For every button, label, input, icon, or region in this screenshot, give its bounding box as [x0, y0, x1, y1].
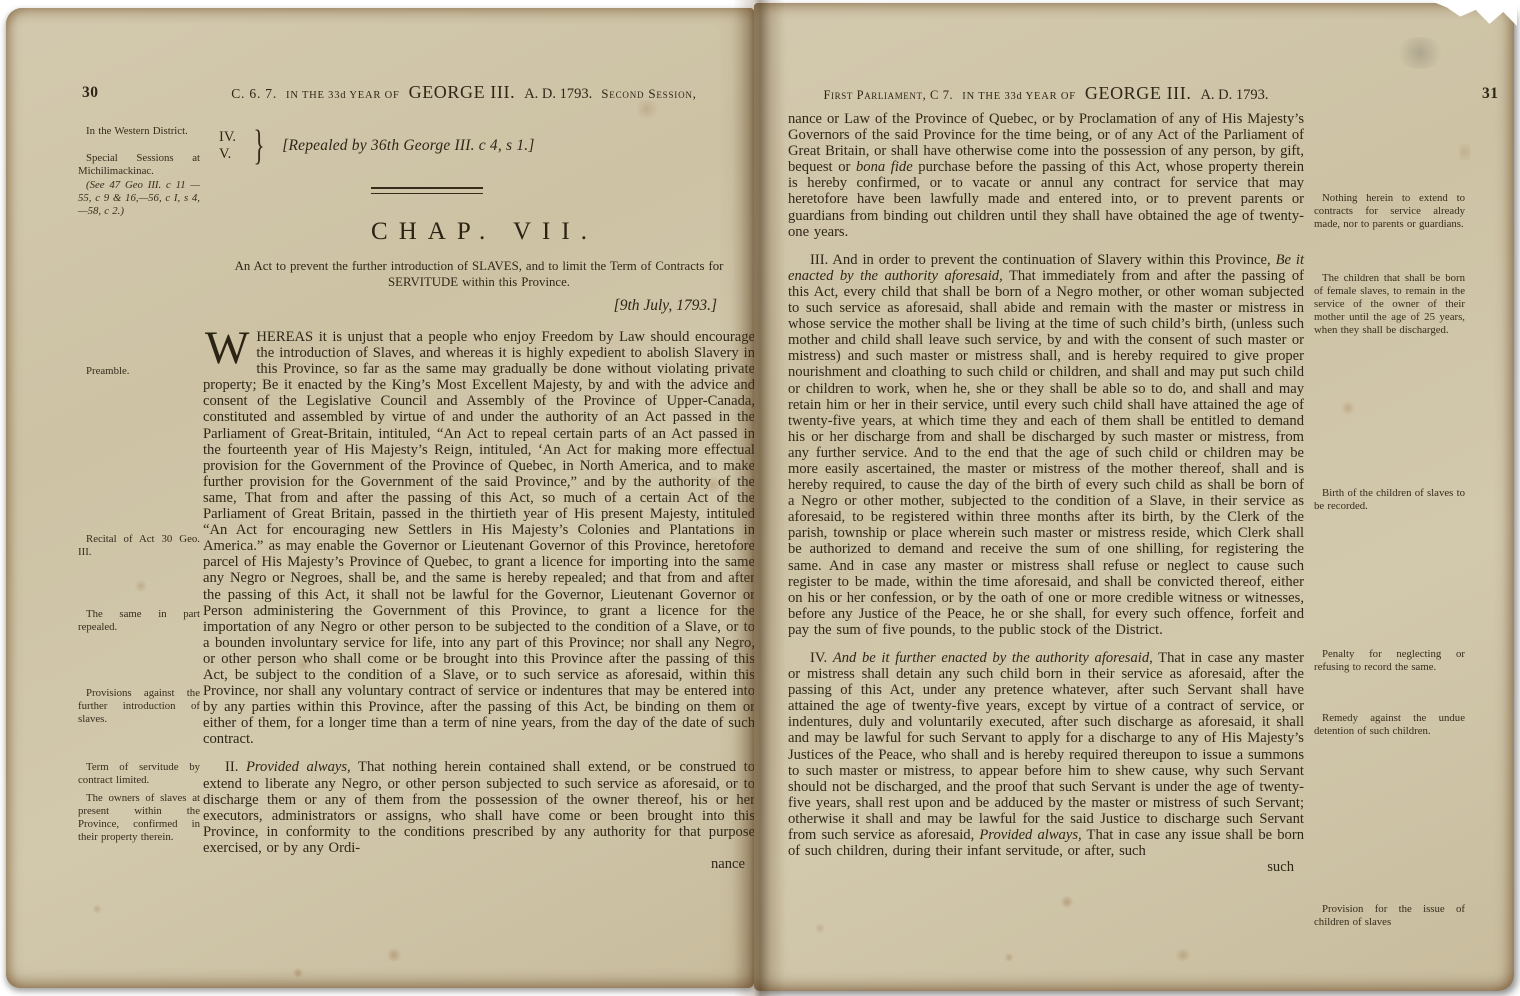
margin-note-remedy: Remedy against the undue detention of su… [1314, 712, 1465, 738]
margin-note-sessions: Special Sessions at Michilimackinac. [78, 152, 200, 178]
torn-edge [1431, 0, 1517, 26]
page-number-left: 30 [82, 84, 99, 102]
header-session: Second Session, [601, 86, 696, 102]
stain [1340, 401, 1356, 415]
chapter-heading: CHAP. VII. [203, 218, 755, 246]
smudge [1394, 37, 1446, 69]
margin-note-provisions: Provisions against the further introduct… [78, 687, 200, 726]
running-header-left: C. 6. 7. IN THE 33d YEAR OF GEORGE III. … [202, 82, 726, 103]
catchword-left: nance [203, 856, 755, 873]
stain [1004, 953, 1014, 962]
continuation-paragraph: nance or Law of the Province of Quebec, … [788, 111, 1304, 240]
header-anno: A. D. 1793. [1200, 87, 1268, 104]
margin-note-term: Term of servitude by contract limited. [78, 761, 200, 787]
header-monarch: GEORGE III. [1085, 83, 1192, 104]
stain [92, 904, 102, 914]
section-ii-paragraph: II. Provided always, That nothing herein… [203, 759, 755, 856]
margin-note-citation: (See 47 Geo III. c 11 —55, c 9 & 16,—56,… [78, 179, 200, 218]
stain [292, 968, 304, 978]
stain [1459, 139, 1471, 165]
margin-note-children-born: The children that shall be born of femal… [1314, 272, 1465, 337]
margin-note-nothing-herein: Nothing herein to extend to contracts fo… [1314, 192, 1465, 231]
right-main-column: nance or Law of the Province of Quebec, … [788, 111, 1304, 876]
margin-note-district: In the Western District. [78, 125, 200, 138]
act-title: An Act to prevent the further introducti… [203, 259, 755, 290]
left-page: 30 C. 6. 7. IN THE 33d YEAR OF GEORGE II… [6, 8, 754, 988]
book-scan: 30 C. 6. 7. IN THE 33d YEAR OF GEORGE II… [0, 0, 1520, 996]
right-page: First Parliament, C 7. IN THE 33d YEAR O… [754, 3, 1514, 991]
catchword-right: such [788, 859, 1304, 876]
preamble-text: HEREAS it is unjust that a people who en… [203, 329, 755, 747]
margin-note-birth-recorded: Birth of the children of slaves to be re… [1314, 487, 1465, 513]
preamble-paragraph: WHEREAS it is unjust that a people who e… [203, 329, 755, 747]
repealed-note: [Repealed by 36th George III. c 4, s 1.] [282, 137, 534, 155]
stain [814, 923, 826, 933]
dropcap-w: W [205, 332, 249, 365]
header-year-phrase: IN THE 33d YEAR OF [962, 91, 1076, 102]
header-parliament: First Parliament, C 7. [823, 88, 953, 103]
header-chapter-ref: C. 6. 7. [231, 86, 277, 102]
page-number-right: 31 [1482, 85, 1499, 103]
running-header-right: First Parliament, C 7. IN THE 33d YEAR O… [788, 83, 1304, 104]
enactment-date: [9th July, 1793.] [203, 297, 717, 315]
margin-note-preamble: Preamble. [78, 365, 200, 378]
margin-note-repealed: The same in part repealed. [78, 608, 200, 634]
brace-glyph: } [254, 122, 265, 170]
section-iii-paragraph: III. And in order to prevent the continu… [788, 252, 1304, 638]
header-year-phrase: IN THE 33d YEAR OF [286, 90, 400, 101]
margin-note-recital: Recital of Act 30 Geo. III. [78, 533, 200, 559]
section-divider-rule [371, 187, 483, 194]
margin-note-owners: The owners of slaves at present within t… [78, 792, 200, 844]
repealed-sections-row: IV. V. } [Repealed by 36th George III. c… [203, 120, 755, 172]
header-monarch: GEORGE III. [409, 82, 516, 103]
margin-note-penalty: Penalty for neglecting or refusing to re… [1314, 648, 1465, 674]
header-anno: A. D. 1793. [524, 86, 592, 103]
stain [386, 948, 402, 962]
stain [1060, 896, 1074, 908]
repealed-section-numerals: IV. V. [219, 129, 236, 163]
stain [134, 580, 148, 592]
left-main-column: IV. V. } [Repealed by 36th George III. c… [203, 120, 755, 873]
margin-note-provision-issue: Provision for the issue of children of s… [1314, 903, 1465, 929]
stain [1174, 949, 1192, 961]
section-iv-paragraph: IV. And be it further enacted by the aut… [788, 650, 1304, 859]
